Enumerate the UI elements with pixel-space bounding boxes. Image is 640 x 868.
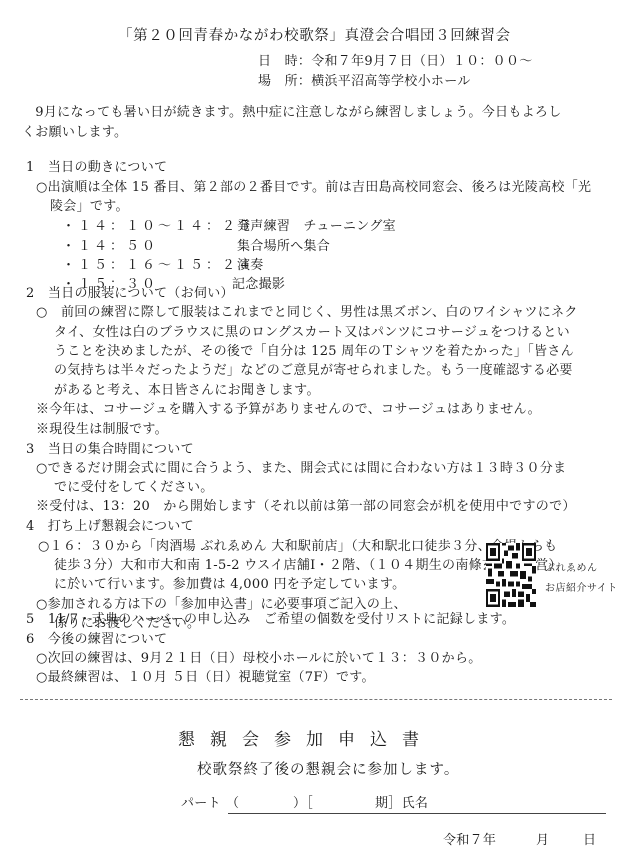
- section-1-para-line-1: ○出演順は全体 15 番目、第２部の２番目です。前は吉田島高校同窓会、後ろは光陵…: [36, 181, 591, 194]
- intro-line-1: 9月になっても暑い日が続きます。熱中症に注意しながら練習しましょう。今日もよろし: [22, 106, 562, 119]
- document-title: 「第２０回青春かながわ校歌祭」真澄会合唱団３回練習会: [118, 29, 511, 44]
- section-3-para-line-1: ○できるだけ開会式に間に合うよう、また、開会式には間に合わない方は１３時３０分ま: [36, 462, 566, 475]
- section-1-para-line-2: 陵会」です。: [50, 200, 129, 213]
- section-6-para-1: ○次回の練習は、9月２１日（日）母校小ホールに於いて１３：３０から。: [36, 652, 482, 665]
- form-title: 懇親会参加申込書: [178, 732, 434, 749]
- section-4-heading: 4 打ち上げ懇親会について: [26, 520, 194, 533]
- part-close-bracket: ）［: [293, 797, 313, 810]
- event-date: 日 時：令和７年9月７日（日）１０：００～: [258, 55, 533, 68]
- form-date-year: 令和７年: [443, 834, 496, 847]
- qr-caption-shop: ぶれゑめん: [545, 564, 598, 574]
- section-6-heading: 6 今後の練習について: [26, 633, 167, 646]
- section-2-note-2: ※現役生は制服です。: [36, 423, 168, 436]
- schedule-desc-1: 発声練習 チューニング室: [237, 220, 396, 233]
- schedule-desc-2: 集合場所へ集合: [237, 240, 330, 253]
- part-open-paren: （: [226, 797, 239, 810]
- form-date-month: 月: [536, 834, 549, 847]
- section-4-para-line-1: ○１６：３０から「肉酒場 ぶれゑめん 大和駅前店」（大和駅北口徒歩３分、会場から…: [38, 540, 557, 553]
- section-2-para-line-3: うことを決めましたが、その後で「自分は 125 周年のＴシャツを着たかった」「皆…: [54, 345, 574, 358]
- form-subtitle: 校歌祭終了後の懇親会に参加します。: [197, 763, 459, 778]
- part-label: パート: [181, 797, 221, 810]
- section-5-heading: 5 11/7・式典のハーバーの申し込み ご希望の個数を受付リストに記録します。: [26, 613, 515, 626]
- section-3-note-1: ※受付は、13：20 から開始します（それ以前は第一部の同窓会が机を使用中ですの…: [36, 500, 576, 513]
- event-place: 場 所：横浜平沼高等学校小ホール: [258, 75, 471, 88]
- section-2-para-line-1: ○ 前回の練習に際して服装はこれまでと同じく、男性は黒ズボン、白のワイシャツにネ…: [36, 306, 578, 319]
- schedule-desc-3: 演奏: [237, 259, 264, 272]
- section-2-note-1: ※今年は、コサージュを購入する予算がありませんので、コサージュはありません。: [36, 403, 541, 416]
- section-2-heading: 2 当日の服装について（お伺い）: [26, 287, 234, 300]
- schedule-desc-4: 記念撮影: [232, 278, 285, 291]
- schedule-time-1: ・１４：１０～１４：２５: [62, 220, 254, 233]
- term-name-label[interactable]: 期］氏名: [375, 797, 428, 810]
- form-date-day: 日: [583, 834, 596, 847]
- section-2-para-line-2: タイ、女性は白のブラウスに黒のロングスカート又はパンツにコサージュをつけるとい: [54, 326, 570, 339]
- qr-code-icon[interactable]: [486, 543, 536, 607]
- section-2-para-line-5: があると考え、本日皆さんにお聞きします。: [54, 384, 320, 397]
- signature-underline[interactable]: [228, 813, 606, 814]
- cut-line-divider: [20, 699, 612, 700]
- section-3-para-line-2: でに受付をしてください。: [54, 481, 214, 494]
- schedule-time-3: ・１５：１６～１５：２４: [62, 259, 254, 272]
- section-2-para-line-4: の気持ちは半々だったようだ」などのご意見が寄せられました。もう一度確認する必要: [54, 364, 573, 377]
- qr-caption-site: お店紹介サイト: [545, 584, 618, 594]
- section-4-para2-line-1: ○参加される方は下の「参加申込書」に必要事項ご記入の上、: [36, 598, 407, 611]
- section-4-para-line-3: に於いて行います。参加費は 4,000 円を予定しています。: [54, 578, 405, 591]
- section-1-heading: 1 当日の動きについて: [26, 161, 167, 174]
- intro-line-2: くお願いします。: [22, 126, 127, 139]
- section-3-heading: 3 当日の集合時間について: [26, 443, 194, 456]
- schedule-time-2: ・１４：５０: [62, 240, 158, 253]
- section-6-para-2: ○最終練習は、１０月 ５日（日）視聴覚室（7F）です。: [36, 671, 375, 684]
